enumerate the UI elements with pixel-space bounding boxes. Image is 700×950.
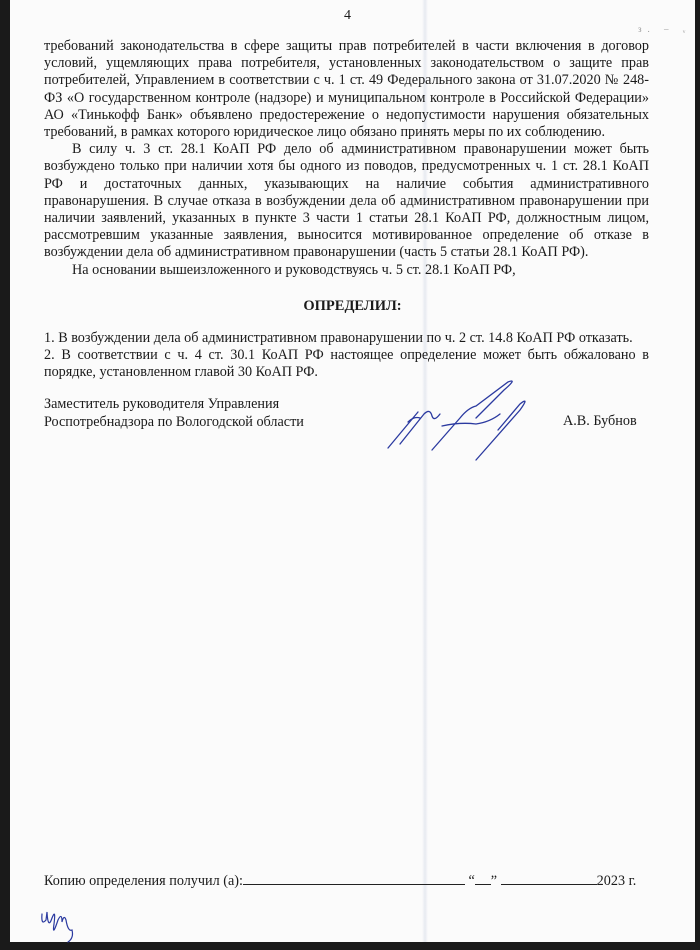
decision-item-2: 2. В соответствии с ч. 4 ст. 30.1 КоАП Р… [44, 347, 649, 381]
position-line-2: Роспотребнадзора по Вологодской области [44, 414, 304, 432]
receipt-line: Копию определения получил (а): “” 2023 г… [44, 872, 654, 890]
decisions-list: 1. В возбуждении дела об административно… [44, 330, 649, 382]
corner-marks: з. – ᵥ [638, 24, 691, 34]
section-heading: ОПРЕДЕЛИЛ: [10, 298, 695, 315]
position-line-1: Заместитель руководителя Управления [44, 396, 304, 414]
day-blank[interactable] [475, 872, 491, 885]
signature-icon [380, 378, 540, 473]
receipt-label: Копию определения получил (а): [44, 873, 243, 889]
receipt-year: 2023 г. [597, 873, 637, 889]
signatory-name: А.В. Бубнов [563, 413, 637, 430]
paragraph-1: требований законодательства в сфере защи… [44, 38, 649, 141]
paragraph-2: В силу ч. 3 ст. 28.1 КоАП РФ дело об адм… [44, 141, 649, 261]
body-text: требований законодательства в сфере защи… [44, 38, 649, 279]
document-page: 4 з. – ᵥ требований законодательства в с… [10, 0, 695, 942]
month-blank[interactable] [501, 872, 597, 885]
paragraph-3: На основании вышеизложенного и руководст… [44, 262, 649, 279]
page-number: 4 [344, 8, 351, 24]
recipient-blank[interactable] [243, 872, 465, 885]
close-quote: ” [491, 873, 497, 889]
signatory-position: Заместитель руководителя Управления Росп… [44, 396, 304, 431]
decision-item-1: 1. В возбуждении дела об административно… [44, 330, 649, 347]
initials-icon [38, 908, 78, 949]
